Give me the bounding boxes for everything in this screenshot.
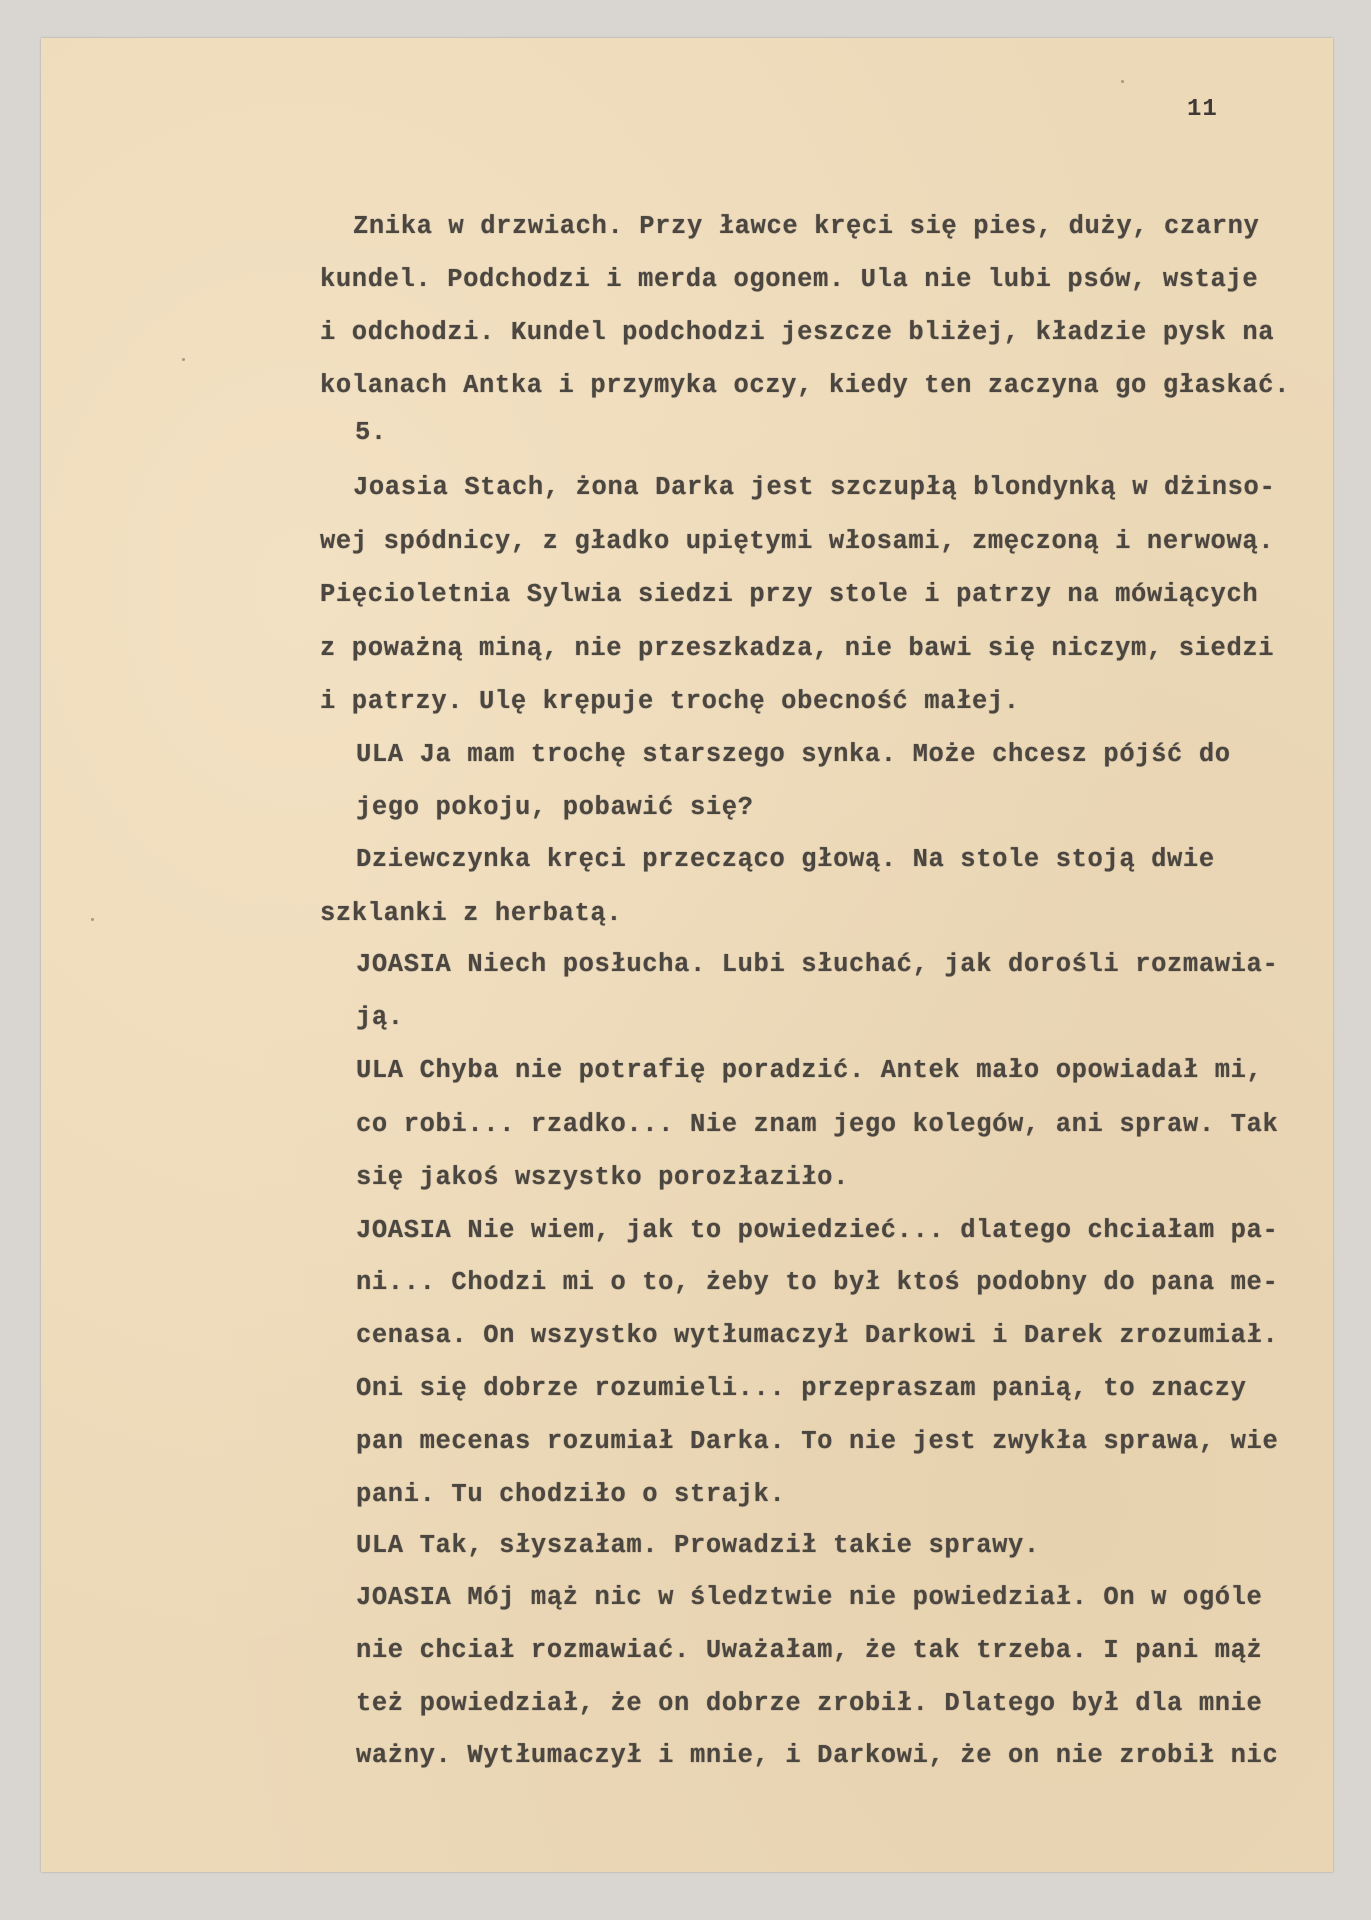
text-line: kundel. Podchodzi i merda ogonem. Ula ni… [320, 265, 1258, 295]
text-line: ULA Chyba nie potrafię poradzić. Antek m… [356, 1056, 1262, 1086]
text-line: jego pokoju, pobawić się? [356, 793, 754, 823]
text-line: szklanki z herbatą. [320, 899, 622, 929]
text-line: i odchodzi. Kundel podchodzi jeszcze bli… [320, 318, 1274, 348]
text-line: 5. [355, 418, 387, 448]
text-line: też powiedział, że on dobrze zrobił. Dla… [356, 1689, 1262, 1719]
text-line: cenasa. On wszystko wytłumaczył Darkowi … [356, 1321, 1278, 1351]
text-line: Joasia Stach, żona Darka jest szczupłą b… [353, 473, 1275, 503]
text-line: ULA Tak, słyszałam. Prowadził takie spra… [356, 1531, 1040, 1561]
text-line: Pięcioletnia Sylwia siedzi przy stole i … [320, 580, 1258, 610]
page-number: 11 [1187, 96, 1218, 123]
text-line: z poważną miną, nie przeszkadza, nie baw… [320, 634, 1274, 664]
text-line: JOASIA Nie wiem, jak to powiedzieć... dl… [356, 1216, 1278, 1246]
text-line: nie chciał rozmawiać. Uważałam, że tak t… [356, 1636, 1262, 1666]
paper-speck [91, 918, 94, 921]
text-line: ważny. Wytłumaczył i mnie, i Darkowi, że… [356, 1741, 1278, 1771]
text-line: Znika w drzwiach. Przy ławce kręci się p… [353, 212, 1259, 242]
text-line: pani. Tu chodziło o strajk. [356, 1480, 785, 1510]
text-line: Dziewczynka kręci przecząco głową. Na st… [356, 845, 1215, 875]
paper-speck [182, 358, 185, 361]
text-line: ni... Chodzi mi o to, żeby to był ktoś p… [356, 1268, 1278, 1298]
text-line: co robi... rzadko... Nie znam jego koleg… [356, 1110, 1278, 1140]
text-line: ją. [356, 1003, 404, 1033]
text-line: ULA Ja mam trochę starszego synka. Może … [356, 740, 1231, 770]
text-line: JOASIA Mój mąż nic w śledztwie nie powie… [356, 1583, 1262, 1613]
text-line: JOASIA Niech posłucha. Lubi słuchać, jak… [356, 950, 1278, 980]
text-line: kolanach Antka i przymyka oczy, kiedy te… [320, 371, 1290, 401]
text-line: i patrzy. Ulę krępuje trochę obecność ma… [320, 687, 1020, 717]
text-line: się jakoś wszystko porozłaziło. [356, 1163, 849, 1193]
text-line: pan mecenas rozumiał Darka. To nie jest … [356, 1427, 1278, 1457]
text-line: wej spódnicy, z gładko upiętymi włosami,… [320, 527, 1274, 557]
text-line: Oni się dobrze rozumieli... przepraszam … [356, 1374, 1247, 1404]
paper-speck [1121, 80, 1124, 83]
